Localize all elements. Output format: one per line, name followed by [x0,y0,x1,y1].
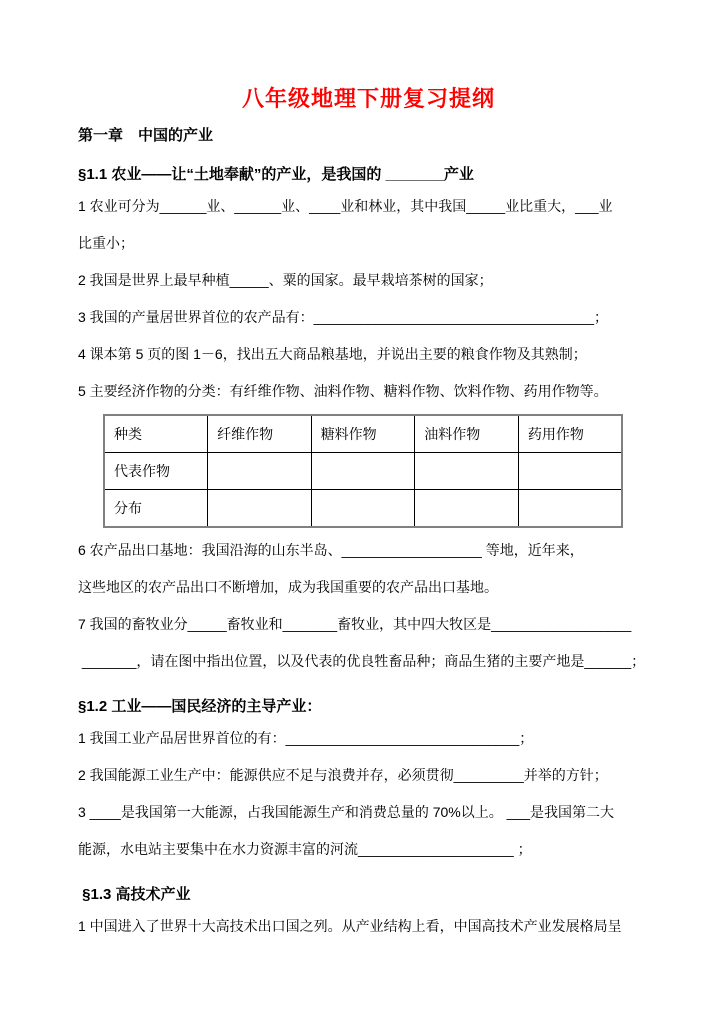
question-line: _______，请在图中指出位置，以及代表的优良牲畜品种；商品生猪的主要产地是_… [78,643,659,680]
section-1-3-heading: §1.3 高技术产业 [78,882,659,908]
crops-table-header-row: 种类 纤维作物 糖料作物 油料作物 药用作物 [104,415,622,453]
question-line: 1 我国工业产品居世界首位的有：________________________… [78,720,659,757]
table-row: 代表作物 [104,453,622,490]
section-1-3: §1.3 高技术产业 1 中国进入了世界十大高技术出口国之列。从产业结构上看，中… [78,882,659,945]
table-header-cell: 糖料作物 [311,415,415,453]
page-title: 八年级地理下册复习提纲 [78,86,659,112]
table-cell [415,453,519,490]
row-label-cell: 分布 [104,490,208,528]
question-line: 2 我国能源工业生产中：能源供应不足与浪费并存，必须贯彻_________并举的… [78,757,659,794]
table-header-cell: 药用作物 [518,415,622,453]
table-cell [518,490,622,528]
section-1-1-heading: §1.1 农业——让“土地奉献”的产业，是我国的 _______产业 [78,162,659,188]
question-line: 这些地区的农产品出口不断增加，成为我国重要的农产品出口基地。 [78,569,659,606]
table-cell [311,453,415,490]
question-line: 4 课本第 5 页的图 1－6，找出五大商品粮基地，并说出主要的粮食作物及其熟制… [78,336,659,373]
question-line: 3 我国的产量居世界首位的农产品有：______________________… [78,299,659,336]
crops-table: 种类 纤维作物 糖料作物 油料作物 药用作物 代表作物 分布 [103,414,623,528]
question-line: 2 我国是世界上最早种植_____、粟的国家。最早栽培茶树的国家； [78,262,659,299]
question-line: 比重小； [78,225,659,262]
question-line: 1 农业可分为______业、______业、____业和林业，其中我国____… [78,188,659,225]
question-line: 3 ____是我国第一大能源，占我国能源生产和消费总量的 70%以上。 ___是… [78,794,659,831]
section-1-1: §1.1 农业——让“土地奉献”的产业，是我国的 _______产业 1 农业可… [78,162,659,680]
question-line: 1 中国进入了世界十大高技术出口国之列。从产业结构上看，中国高技术产业发展格局呈 [78,908,659,945]
table-row: 分布 [104,490,622,528]
section-1-2-heading: §1.2 工业——国民经济的主导产业： [78,694,659,720]
section-1-2: §1.2 工业——国民经济的主导产业： 1 我国工业产品居世界首位的有：____… [78,694,659,868]
document-page: 八年级地理下册复习提纲 第一章 中国的产业 §1.1 农业——让“土地奉献”的产… [0,0,725,1024]
question-line: 能源，水电站主要集中在水力资源丰富的河流____________________… [78,831,659,868]
row-label-cell: 代表作物 [104,453,208,490]
question-line: 5 主要经济作物的分类：有纤维作物、油料作物、糖料作物、饮料作物、药用作物等。 [78,373,659,410]
question-line: 6 农产品出口基地：我国沿海的山东半岛、__________________ 等… [78,532,659,569]
table-header-cell: 纤维作物 [208,415,312,453]
table-cell [518,453,622,490]
table-cell [311,490,415,528]
table-cell [208,453,312,490]
table-header-cell: 油料作物 [415,415,519,453]
table-header-cell: 种类 [104,415,208,453]
chapter-heading: 第一章 中国的产业 [78,124,659,148]
table-cell [208,490,312,528]
question-line: 7 我国的畜牧业分_____畜牧业和_______畜牧业，其中四大牧区是____… [78,606,659,643]
table-cell [415,490,519,528]
